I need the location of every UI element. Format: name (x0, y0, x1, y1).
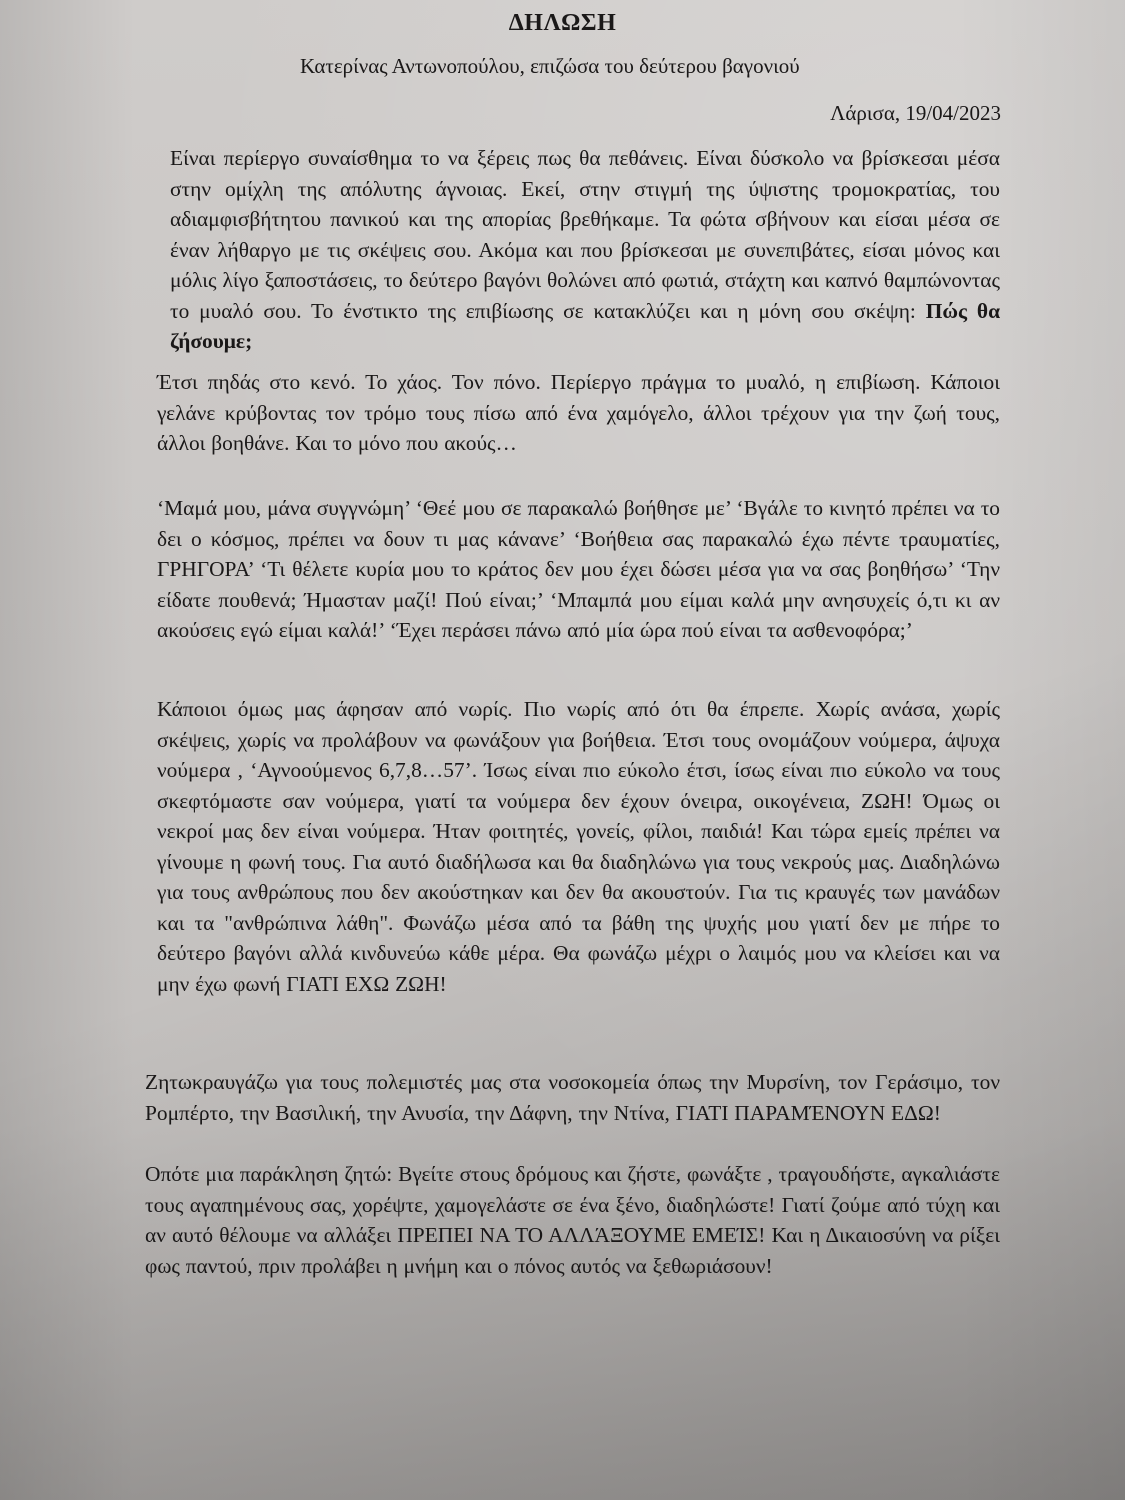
paragraph-3-text: ‘Μαμά μου, μάνα συγγνώμη’ ‘Θεέ μου σε πα… (157, 493, 1000, 646)
place-and-date: Λάρισα, 19/04/2023 (830, 101, 1001, 126)
paragraph-4: Κάποιοι όμως μας άφησαν από νωρίς. Πιο ν… (157, 694, 1000, 999)
paragraph-2: Έτσι πηδάς στο κενό. Το χάος. Τον πόνο. … (157, 367, 1000, 459)
paragraph-6-text: Οπότε μια παράκληση ζητώ: Βγείτε στους δ… (145, 1159, 1000, 1281)
document-title: ΔΗΛΩΣΗ (0, 10, 1125, 37)
paragraph-4-text: Κάποιοι όμως μας άφησαν από νωρίς. Πιο ν… (157, 694, 1000, 999)
paragraph-5-text: Ζητωκραυγάζω για τους πολεμιστές μας στα… (145, 1067, 1000, 1128)
paragraph-6: Οπότε μια παράκληση ζητώ: Βγείτε στους δ… (145, 1159, 1000, 1281)
document-page: ΔΗΛΩΣΗ Κατερίνας Αντωνοπούλου, επιζώσα τ… (0, 0, 1125, 1500)
paragraph-1-text: Είναι περίεργο συναίσθημα το να ξέρεις π… (170, 146, 1000, 323)
document-subtitle: Κατερίνας Αντωνοπούλου, επιζώσα του δεύτ… (300, 54, 800, 79)
paragraph-1: Είναι περίεργο συναίσθημα το να ξέρεις π… (170, 143, 1000, 357)
paragraph-5: Ζητωκραυγάζω για τους πολεμιστές μας στα… (145, 1067, 1000, 1128)
paragraph-3-quotes: ‘Μαμά μου, μάνα συγγνώμη’ ‘Θεέ μου σε πα… (157, 493, 1000, 646)
paragraph-2-text: Έτσι πηδάς στο κενό. Το χάος. Τον πόνο. … (157, 367, 1000, 459)
